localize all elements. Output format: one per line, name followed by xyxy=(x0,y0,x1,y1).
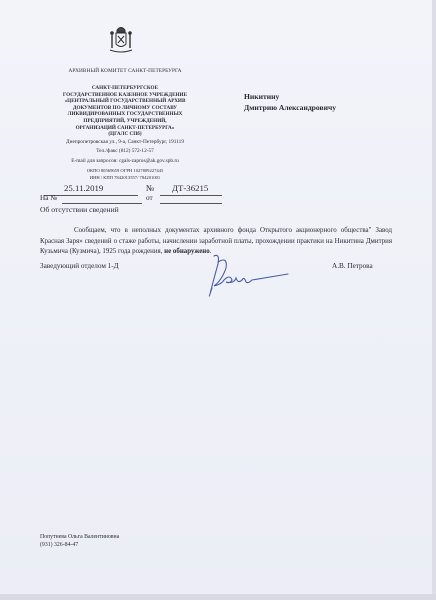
executor-phone: (931) 326-84-47 xyxy=(40,541,119,549)
ref-from-label: от xyxy=(146,194,153,202)
signer-title: Заведующий отделом 1-Д xyxy=(40,262,119,270)
executor-name: Попутнева Ольга Валентиновна xyxy=(40,533,119,541)
org-line: (ЦГАЛС СПб) xyxy=(60,131,190,138)
number-underline xyxy=(160,195,222,196)
recipient-name: Дмитрию Александровичу xyxy=(244,102,336,113)
letter-date: 25.11.2019 xyxy=(64,183,103,193)
org-inn: ИНН / КПП 7842013557/ 784201001 xyxy=(60,175,190,180)
letter-page: АРХИВНЫЙ КОМИТЕТ САНКТ-ПЕТЕРБУРГА САНКТ-… xyxy=(0,0,432,594)
org-line: ДОКУМЕНТОВ ПО ЛИЧНОМУ СОСТАВУ xyxy=(60,105,190,112)
paper-edge-bottom xyxy=(0,594,436,600)
executor-block: Попутнева Ольга Валентиновна (931) 326-8… xyxy=(40,533,119,549)
date-underline xyxy=(44,195,138,196)
ref-number-underline xyxy=(62,203,142,204)
letter-subject: Об отсутствии сведений xyxy=(40,205,119,214)
recipient-surname: Никитину xyxy=(244,91,336,102)
org-email: E-mail для запросов: cgals-zapros@ak.gov… xyxy=(60,158,190,164)
number-label: № xyxy=(146,183,154,193)
org-line: «ЦЕНТРАЛЬНЫЙ ГОСУДАРСТВЕННЫЙ АРХИВ xyxy=(60,98,190,105)
signer-name: А.В. Петрова xyxy=(332,262,373,270)
ref-date-underline xyxy=(160,203,222,204)
handwritten-signature xyxy=(200,250,290,305)
org-line: САНКТ-ПЕТЕРБУРГСКОЕ xyxy=(60,85,190,92)
recipient-block: Никитину Дмитрию Александровичу xyxy=(244,91,336,113)
organization-name: САНКТ-ПЕТЕРБУРГСКОЕ ГОСУДАРСТВЕННОЕ КАЗЕ… xyxy=(60,85,190,138)
org-phone: Тел./факс (812) 572-12-57 xyxy=(60,148,190,154)
org-address: Днепропетровская ул., 9-а, Санкт-Петербу… xyxy=(60,139,190,145)
committee-name: АРХИВНЫЙ КОМИТЕТ САНКТ-ПЕТЕРБУРГА xyxy=(60,68,190,74)
coat-of-arms-icon xyxy=(106,24,136,54)
org-line: ПРЕДПРИЯТИЙ, УЧРЕЖДЕНИЙ, xyxy=(60,118,190,125)
paper-edge-right xyxy=(432,0,436,600)
org-okpo: ОКПО 80569659 ОГРН 1027809227445 xyxy=(60,168,190,173)
ref-label: На № xyxy=(40,194,57,202)
org-line: ЛИКВИДИРОВАННЫХ ГОСУДАРСТВЕННЫХ xyxy=(60,111,190,118)
letter-number: ДТ-36215 xyxy=(172,183,208,193)
